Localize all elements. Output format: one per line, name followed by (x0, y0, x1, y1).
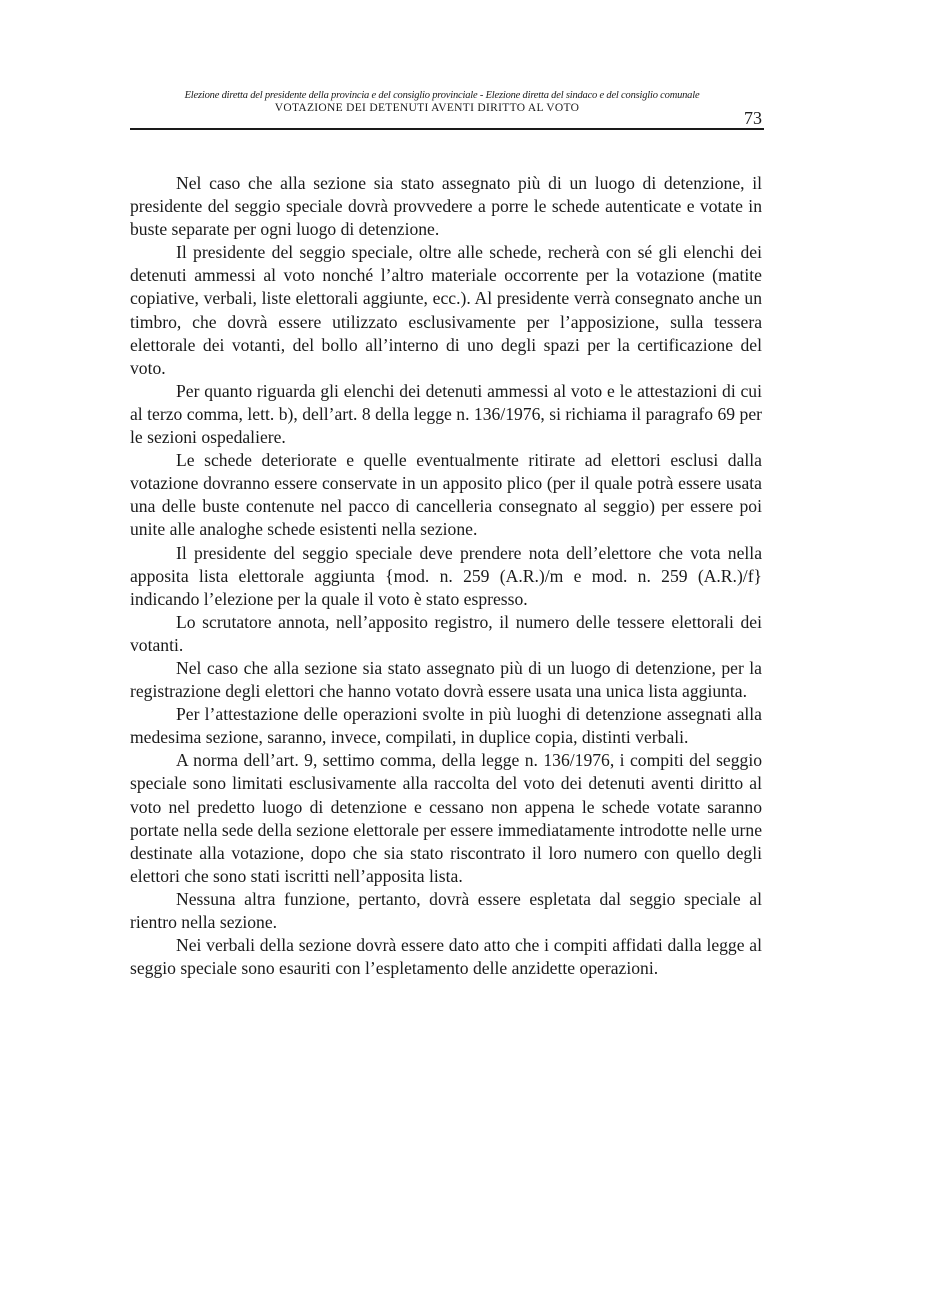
paragraph: Nei verbali della sezione dovrà essere d… (130, 934, 762, 980)
paragraph: Nel caso che alla sezione sia stato asse… (130, 657, 762, 703)
chapter-title: VOTAZIONE DEI DETENUTI AVENTI DIRITTO AL… (90, 102, 764, 114)
page-number: 73 (744, 108, 762, 129)
header-rule (130, 128, 764, 130)
paragraph: A norma dell’art. 9, settimo comma, dell… (130, 749, 762, 888)
page-header: Elezione diretta del presidente della pr… (130, 90, 764, 114)
paragraph: Il presidente del seggio speciale, oltre… (130, 241, 762, 380)
paragraph: Lo scrutatore annota, nell’apposito regi… (130, 611, 762, 657)
paragraph: Nessuna altra funzione, pertanto, dovrà … (130, 888, 762, 934)
paragraph: Per l’attestazione delle operazioni svol… (130, 703, 762, 749)
paragraph: Per quanto riguarda gli elenchi dei dete… (130, 380, 762, 449)
paragraph: Nel caso che alla sezione sia stato asse… (130, 172, 762, 241)
body-text: Nel caso che alla sezione sia stato asse… (130, 172, 762, 980)
paragraph: Il presidente del seggio speciale deve p… (130, 542, 762, 611)
paragraph: Le schede deteriorate e quelle eventualm… (130, 449, 762, 541)
running-title: Elezione diretta del presidente della pr… (120, 90, 764, 101)
